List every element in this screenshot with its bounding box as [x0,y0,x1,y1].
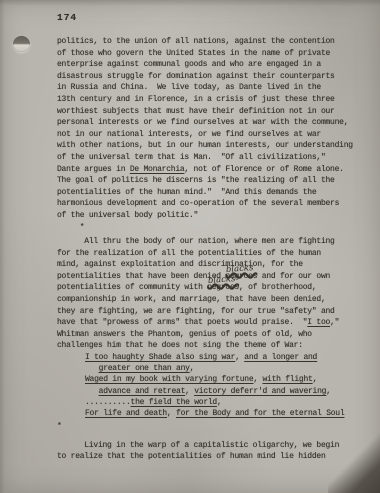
typed-line: of the universal body politic." [57,210,357,222]
typed-line: have that "prowess of arms" that poets w… [57,317,357,329]
typed-line: worthiest subjects that must have their … [57,106,357,118]
typed-text: Whitman answers the Phantom, genius of p… [57,330,312,339]
typed-line: For life and death, for the Body and for… [85,408,357,419]
typed-line: All thru the body of our nation, where m… [57,236,357,248]
typed-line: advance and retreat, victory deferr'd an… [85,386,357,397]
typed-line: Whitman answers the Phantom, genius of p… [57,329,357,341]
typed-line: of the universal term that is Man. "Of a… [57,152,357,164]
typed-line: in Russia and China. We live today, as D… [57,82,357,94]
handwritten-correction: blacks [208,275,236,288]
typed-text: of those who govern the United States in… [57,49,330,58]
typed-line: 13th century and in Florence, in a crisi… [57,94,357,106]
underlined-text: For life and death [85,409,167,418]
typed-text: challenges him that he does not sing the… [57,341,303,350]
page-number: 174 [57,12,77,23]
typed-text: .......... [85,398,131,407]
typed-text: not in our national interests, or we fin… [57,130,321,139]
typed-text: , [190,364,195,373]
typed-text: , [253,375,262,384]
underlined-text: victory deferr'd and wavering [194,387,326,396]
typed-text: , [217,398,222,407]
underlined-text: greater one than any [99,364,190,373]
typed-text: for the realization of all the potential… [57,249,321,258]
typed-text: The goal of politics he discerns is "the… [57,176,335,185]
typed-text: , of brotherhood, [239,283,316,292]
typed-text: potentialities of the human mind." "And … [57,188,316,197]
typed-text: Living in the warp of a capitalistic oli… [57,441,339,450]
struck-word: negroesblacks [207,283,239,292]
typed-line: to realize that the potentialities of hu… [57,451,357,463]
underlined-text: Waged in my book with varying fortune [85,375,253,384]
typed-line: greater one than any, [85,363,357,374]
underlined-text: and a longer and [244,353,317,362]
typed-line: challenges him that he does not sing the… [57,340,357,352]
typed-text: and for our own [257,272,330,281]
typed-line: potentialities of the human mind." "And … [57,187,357,199]
typed-text: disastrous struggle for domination again… [57,72,335,81]
typed-text: 13th century and in Florence, in a crisi… [57,95,335,104]
typed-line: I too haughty Shade also sing war, and a… [85,352,357,363]
typed-text: potentialities of community with [57,283,207,292]
typed-text: harmonious development and co-operation … [57,199,339,208]
typed-line: disastrous struggle for domination again… [57,71,357,83]
paragraph-all-thru: All thru the body of our nation, where m… [57,236,357,352]
typed-line: companionship in work, and marriage, tha… [57,294,357,306]
section-break-2: * [57,421,357,433]
typed-text: personal interests or we find ourselves … [57,118,348,127]
typed-text: politics, to the union of all nations, a… [57,37,335,46]
typed-text [85,364,99,373]
typed-line: personal interests or we find ourselves … [57,117,357,129]
section-break-1: * [57,222,357,234]
typed-line: of those who govern the United States in… [57,48,357,60]
typed-line: Dante argues in De Monarchia, not of Flo… [57,164,357,176]
typed-line: enterprise against communal goods and wh… [57,59,357,71]
paragraph-living: Living in the warp of a capitalistic oli… [57,440,357,463]
typed-line: not in our national interests, or we fin… [57,129,357,141]
whitman-quote: I too haughty Shade also sing war, and a… [85,352,357,419]
separator-asterisk: * [57,222,357,234]
typed-text-body: politics, to the union of all nations, a… [57,32,357,463]
typed-text: , [235,353,244,362]
page-corner-shadow [328,427,380,493]
typed-text: , not of Florence or of Rome alone. [184,165,343,174]
typed-line: with other nations, but in our human int… [57,140,357,152]
underlined-text: I too [307,318,330,327]
paragraph-politics: politics, to the union of all nations, a… [57,36,357,222]
separator-asterisk: * [57,421,357,433]
typed-text: worthiest subjects that must have their … [57,107,335,116]
typed-line: ..........the field the world, [85,397,357,408]
typed-line: Living in the warp of a capitalistic oli… [57,440,357,452]
typed-line: mind, against exploitation and discrimin… [57,259,357,271]
typed-text: mind, against exploitation and discrimin… [57,260,303,269]
typed-text: Dante argues in [57,165,130,174]
underlined-text: advance and retreat [99,387,185,396]
typed-text: ," [330,318,339,327]
typed-line: potentialities of community with negroes… [57,282,357,294]
punch-hole [13,36,30,52]
typed-text: of the universal body politic." [57,211,198,220]
typed-text: potentialities that have been denied [57,272,225,281]
typed-text: , [185,387,194,396]
typed-line: harmonious development and co-operation … [57,198,357,210]
underlined-text: with flight [263,375,313,384]
underlined-text: for the Body and for the eternal Soul [176,409,344,418]
typed-text: enterprise against communal goods and wh… [57,60,321,69]
typed-text: they are fighting, we are fighting, for … [57,307,335,316]
typed-text: of the universal term that is Man. "Of a… [57,153,326,162]
typed-text: companionship in work, and marriage, tha… [57,295,326,304]
scanned-typewritten-page: 174 politics, to the union of all nation… [0,0,380,493]
typed-line: The goal of politics he discerns is "the… [57,175,357,187]
typed-text: to realize that the potentialities of hu… [57,452,326,461]
typed-text [85,387,99,396]
typed-line: Waged in my book with varying fortune, w… [85,374,357,385]
typed-text: have that "prowess of arms" that poets w… [57,318,307,327]
typed-text: , [326,387,331,396]
underlined-text: De Monarchia [130,165,185,174]
typed-line: politics, to the union of all nations, a… [57,36,357,48]
typed-text: in Russia and China. We live today, as D… [57,83,321,92]
typed-line: they are fighting, we are fighting, for … [57,306,357,318]
typed-text: , [313,375,318,384]
typed-text: All thru the body of our nation, where m… [57,237,335,246]
typed-line: for the realization of all the potential… [57,248,357,260]
underlined-text: the field the world [131,398,217,407]
typed-text: , [167,409,176,418]
typed-text: with other nations, but in our human int… [57,141,353,150]
underlined-text: I too haughty Shade also sing war [85,353,235,362]
